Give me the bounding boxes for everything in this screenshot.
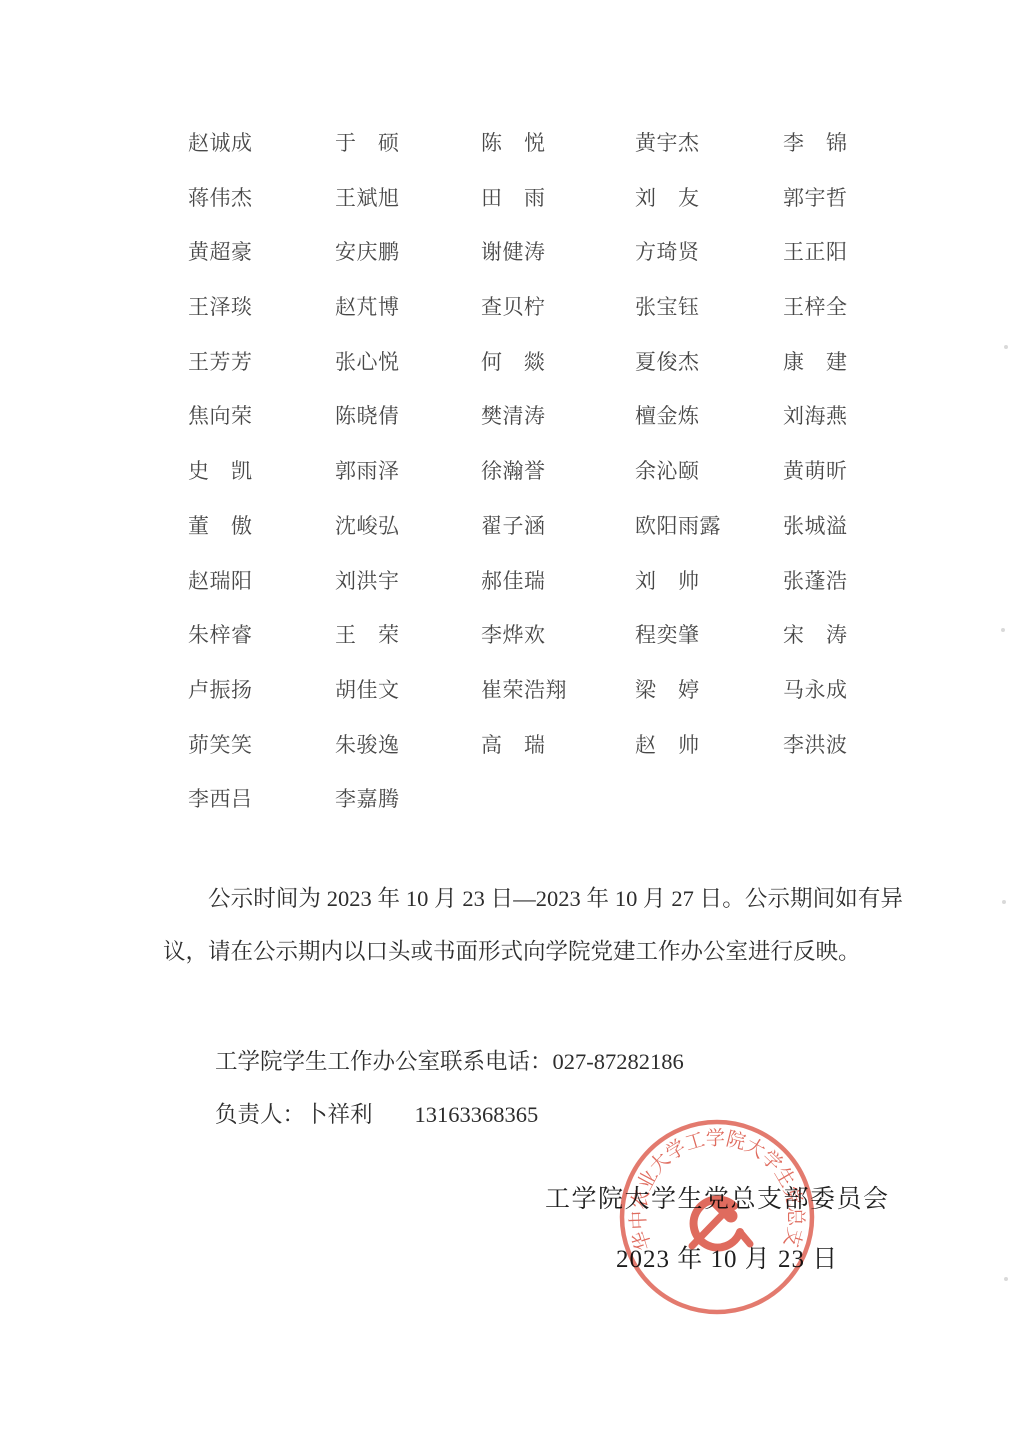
name-cell: 檀金炼 (635, 404, 783, 459)
name-cell: 郝佳瑞 (481, 569, 635, 624)
name-cell: 赵诚成 (188, 131, 335, 186)
name-cell: 郭宇哲 (783, 186, 903, 241)
name-cell: 王泽琰 (188, 295, 335, 350)
name-cell: 黄超豪 (188, 240, 335, 295)
name-cell: 王正阳 (783, 240, 903, 295)
name-cell: 宋 涛 (783, 623, 903, 678)
name-cell: 康 建 (783, 350, 903, 405)
signature-committee: 工学院大学生党总支部委员会 (545, 1179, 890, 1215)
name-cell: 李烨欢 (481, 623, 635, 678)
name-cell: 沈峻弘 (335, 514, 481, 569)
name-cell: 樊清涛 (481, 404, 635, 459)
name-cell: 赵 帅 (635, 733, 783, 788)
name-cell: 安庆鹏 (335, 240, 481, 295)
name-cell: 王 荣 (335, 623, 481, 678)
name-cell: 黄萌昕 (783, 459, 903, 514)
name-cell: 李 锦 (783, 131, 903, 186)
name-cell: 夏俊杰 (635, 350, 783, 405)
scan-artifact (1004, 1277, 1008, 1281)
name-cell: 翟子涵 (481, 514, 635, 569)
name-cell: 郭雨泽 (335, 459, 481, 514)
name-cell: 欧阳雨露 (635, 514, 783, 569)
scan-artifact (1001, 628, 1005, 632)
name-cell: 李洪波 (783, 733, 903, 788)
name-cell: 黄宇杰 (635, 131, 783, 186)
name-cell: 陈晓倩 (335, 404, 481, 459)
signature-date: 2023 年 10 月 23 日 (616, 1239, 838, 1275)
name-cell: 崔荣浩翔 (481, 678, 635, 733)
name-cell: 王梓全 (783, 295, 903, 350)
name-cell: 王斌旭 (335, 186, 481, 241)
name-cell: 张蓬浩 (783, 569, 903, 624)
office-phone-line: 工学院学生工作办公室联系电话：027-87282186 (215, 1044, 684, 1076)
document-page: { "document": { "names": { "rows": [ ["赵… (0, 0, 1024, 1448)
name-cell: 方琦贤 (635, 240, 783, 295)
name-cell: 程奕肇 (635, 623, 783, 678)
name-cell: 董 傲 (188, 514, 335, 569)
name-cell: 卢振扬 (188, 678, 335, 733)
name-cell: 于 硕 (335, 131, 481, 186)
name-cell: 蒋伟杰 (188, 186, 335, 241)
official-seal-stamp: 华中农业大学工学院大学生党总支部委员会 (611, 1111, 823, 1323)
name-cell: 史 凯 (188, 459, 335, 514)
name-cell: 刘海燕 (783, 404, 903, 459)
name-cell: 赵芃博 (335, 295, 481, 350)
name-cell: 茆笑笑 (188, 733, 335, 788)
name-cell: 高 瑞 (481, 733, 635, 788)
scan-artifact (1004, 345, 1008, 349)
name-cell: 张城溢 (783, 514, 903, 569)
name-cell: 王芳芳 (188, 350, 335, 405)
name-cell: 赵瑞阳 (188, 569, 335, 624)
name-cell: 刘洪宇 (335, 569, 481, 624)
notice-paragraph: 公示时间为 2023 年 10 月 23 日—2023 年 10 月 27 日。… (163, 872, 903, 978)
name-cell: 刘 帅 (635, 569, 783, 624)
name-cell: 朱梓睿 (188, 623, 335, 678)
responsible-person-label: 负责人：卜祥利 (215, 1102, 373, 1127)
name-cell: 查贝柠 (481, 295, 635, 350)
names-grid: 赵诚成于 硕陈 悦黄宇杰李 锦蒋伟杰王斌旭田 雨刘 友郭宇哲黄超豪安庆鹏谢健涛方… (188, 131, 903, 842)
name-cell: 李西吕 (188, 787, 335, 842)
name-cell: 焦向荣 (188, 404, 335, 459)
name-cell: 余沁颐 (635, 459, 783, 514)
name-cell: 田 雨 (481, 186, 635, 241)
name-cell: 徐瀚誉 (481, 459, 635, 514)
responsible-person-phone: 13163368365 (415, 1102, 539, 1127)
scan-artifact (1002, 900, 1006, 904)
name-cell: 陈 悦 (481, 131, 635, 186)
name-cell: 张心悦 (335, 350, 481, 405)
name-cell: 谢健涛 (481, 240, 635, 295)
name-cell: 朱骏逸 (335, 733, 481, 788)
name-cell: 刘 友 (635, 186, 783, 241)
responsible-person-line: 负责人：卜祥利13163368365 (215, 1097, 538, 1129)
name-cell: 张宝钰 (635, 295, 783, 350)
name-cell: 胡佳文 (335, 678, 481, 733)
name-cell: 何 燚 (481, 350, 635, 405)
name-cell: 梁 婷 (635, 678, 783, 733)
seal-outer-ring (622, 1122, 812, 1312)
name-cell: 马永成 (783, 678, 903, 733)
name-cell: 李嘉腾 (335, 787, 481, 842)
